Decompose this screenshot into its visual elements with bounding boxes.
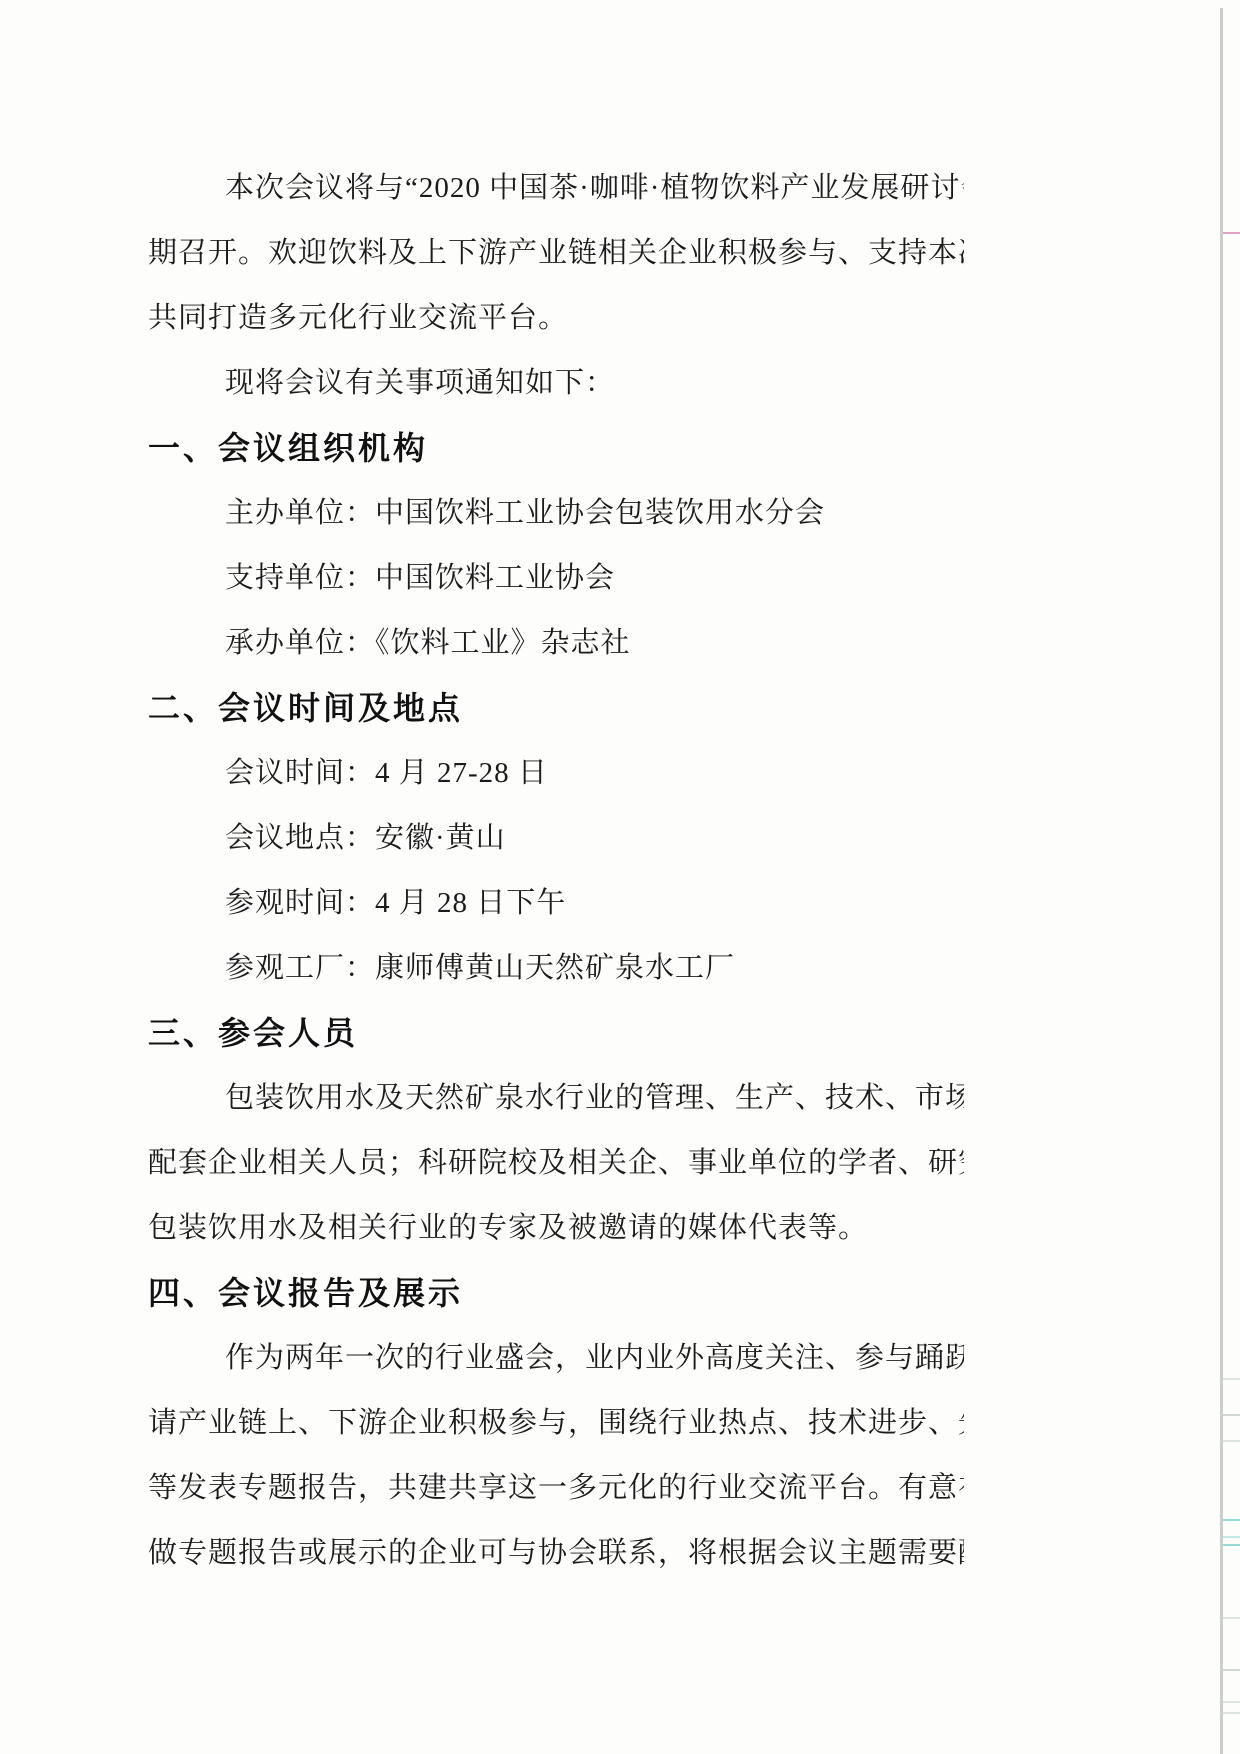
section-heading-1: 一、会议组织机构 — [148, 416, 964, 481]
scan-ruled-line-mark — [1223, 1536, 1240, 1538]
paragraph-line: 等发表专题报告，共建共享这一多元化的行业交流平台。有意在会议上 — [148, 1456, 964, 1521]
scan-ruled-line-mark — [1223, 1440, 1240, 1442]
scan-ruled-line-mark — [1223, 1669, 1240, 1671]
paragraph-line: 本次会议将与“2020 中国茶·咖啡·植物饮料产业发展研讨会”同 — [148, 156, 964, 221]
visit-factory-line: 参观工厂：康师傅黄山天然矿泉水工厂 — [148, 936, 964, 1001]
meeting-time-line: 会议时间：4 月 27-28 日 — [148, 741, 964, 806]
scan-page-edge-line — [1220, 8, 1223, 1754]
section-heading-2: 二、会议时间及地点 — [148, 676, 964, 741]
scan-ruled-line-mark — [1223, 1378, 1240, 1380]
scan-ruled-line-mark — [1223, 232, 1240, 234]
document-body: 本次会议将与“2020 中国茶·咖啡·植物饮料产业发展研讨会”同 期召开。欢迎饮… — [148, 156, 964, 1586]
meeting-place-line: 会议地点：安徽·黄山 — [148, 806, 964, 871]
paragraph-line: 共同打造多元化行业交流平台。 — [148, 286, 964, 351]
organizer-line: 主办单位：中国饮料工业协会包装饮用水分会 — [148, 481, 964, 546]
scan-ruled-line-mark — [1223, 1701, 1240, 1703]
paragraph-line: 期召开。欢迎饮料及上下游产业链相关企业积极参与、支持本次会议， — [148, 221, 964, 286]
scan-ruled-line-mark — [1223, 1414, 1240, 1416]
scan-ruled-line-mark — [1223, 1544, 1240, 1546]
scan-ruled-line-mark — [1223, 1617, 1240, 1619]
paragraph-line: 配套企业相关人员；科研院校及相关企、事业单位的学者、研究人员； — [148, 1131, 964, 1196]
paragraph-line: 现将会议有关事项通知如下： — [148, 351, 964, 416]
paragraph-line: 作为两年一次的行业盛会，业内业外高度关注、参与踊跃。诚挚邀 — [148, 1326, 964, 1391]
scanned-document-page: 本次会议将与“2020 中国茶·咖啡·植物饮料产业发展研讨会”同 期召开。欢迎饮… — [0, 0, 1240, 1754]
supporter-line: 支持单位：中国饮料工业协会 — [148, 546, 964, 611]
section-heading-3: 三、参会人员 — [148, 1001, 964, 1066]
paragraph-line: 包装饮用水及相关行业的专家及被邀请的媒体代表等。 — [148, 1196, 964, 1261]
paragraph-line: 包装饮用水及天然矿泉水行业的管理、生产、技术、市场等人员； — [148, 1066, 964, 1131]
paragraph-line: 请产业链上、下游企业积极参与，围绕行业热点、技术进步、先进经验 — [148, 1391, 964, 1456]
scan-ruled-line-mark — [1223, 1519, 1240, 1521]
scan-ruled-line-mark — [1223, 1712, 1240, 1714]
paragraph-line: 做专题报告或展示的企业可与协会联系，将根据会议主题需要酌情选择。 — [148, 1521, 964, 1586]
undertaker-line: 承办单位：《饮料工业》杂志社 — [148, 611, 964, 676]
section-heading-4: 四、会议报告及展示 — [148, 1261, 964, 1326]
visit-time-line: 参观时间：4 月 28 日下午 — [148, 871, 964, 936]
